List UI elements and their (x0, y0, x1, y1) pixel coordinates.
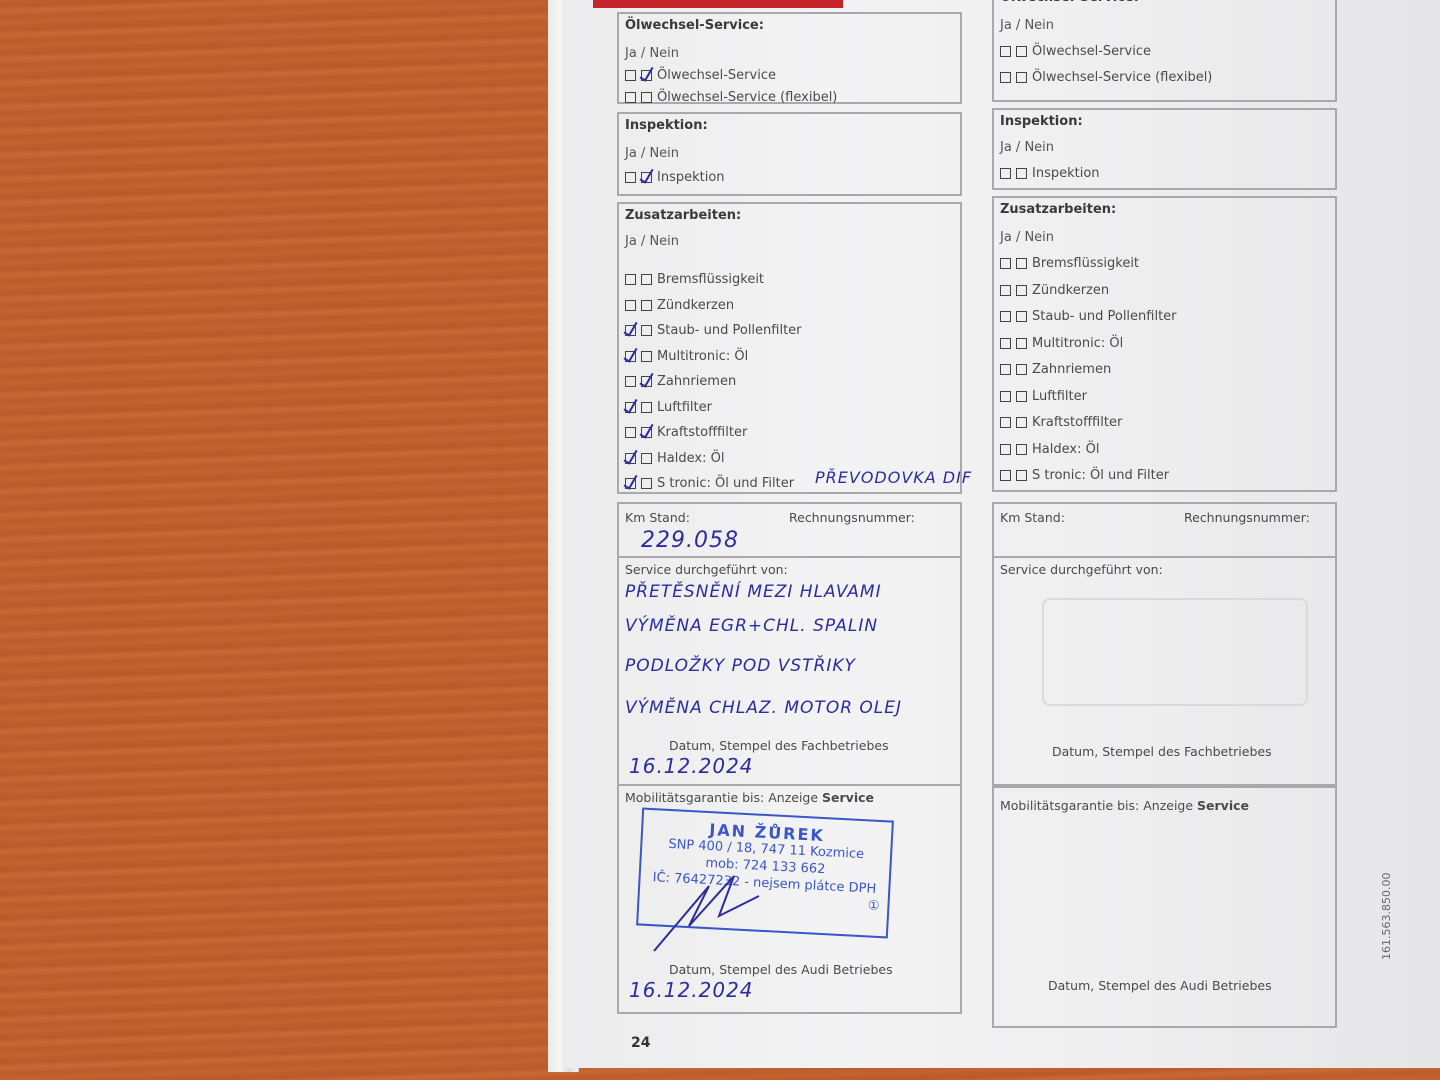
yes-no-label: Ja / Nein (1000, 230, 1054, 245)
ja-checkbox[interactable] (1000, 285, 1011, 296)
item-label: Haldex: Öl (1032, 442, 1099, 457)
service-date: 16.12.2024 (629, 754, 754, 778)
audi-stamp-label: Datum, Stempel des Audi Betriebes (1048, 978, 1272, 993)
item-label: Inspektion (657, 170, 725, 185)
ja-checkbox[interactable] (1000, 168, 1011, 179)
ja-checkbox[interactable] (1000, 364, 1011, 375)
item-label: Zündkerzen (1032, 283, 1109, 298)
km-service-section: Km Stand: Rechnungsnummer: 229.058 Servi… (617, 502, 962, 786)
item-label: Ölwechsel-Service (1032, 44, 1151, 59)
item-label: Multitronic: Öl (657, 349, 748, 364)
divider (994, 556, 1335, 558)
ja-checkbox[interactable] (625, 274, 636, 285)
item-label: S tronic: Öl und Filter (1032, 468, 1169, 483)
section-title: Zusatzarbeiten: (1000, 202, 1116, 217)
part-number-code: 161.563.850.00 (1380, 873, 1393, 960)
ja-checkbox[interactable] (625, 351, 636, 362)
item-label: Ölwechsel-Service (flexibel) (1032, 70, 1212, 85)
item-label: Staub- und Pollenfilter (1032, 309, 1177, 324)
service-note: VÝMĚNA CHLAZ. MOTOR OLEJ (625, 698, 902, 718)
additional-work-section: Zusatzarbeiten: Ja / Nein Bremsflüssigke… (617, 202, 962, 494)
nein-checkbox[interactable] (1016, 338, 1027, 349)
ja-checkbox[interactable] (625, 172, 636, 183)
audi-date: 16.12.2024 (629, 978, 754, 1002)
checkbox-row: Luftfilter (625, 400, 712, 415)
checkbox-row: Multitronic: Öl (625, 349, 748, 364)
ja-checkbox[interactable] (625, 70, 636, 81)
nein-checkbox[interactable] (1016, 470, 1027, 481)
item-label: Staub- und Pollenfilter (657, 323, 802, 338)
nein-checkbox[interactable] (1016, 417, 1027, 428)
nein-checkbox[interactable] (641, 274, 652, 285)
item-label: Bremsflüssigkeit (1032, 256, 1139, 271)
checkbox-row: Kraftstofffilter (1000, 415, 1122, 430)
checkbox-row: Inspektion (1000, 166, 1100, 181)
ja-checkbox[interactable] (1000, 46, 1011, 57)
section-title: Inspektion: (1000, 114, 1083, 129)
item-label: Multitronic: Öl (1032, 336, 1123, 351)
section-title: Ölwechsel-Service: (625, 18, 764, 33)
nein-checkbox[interactable] (641, 427, 652, 438)
nein-checkbox[interactable] (1016, 391, 1027, 402)
yes-no-label: Ja / Nein (625, 46, 679, 61)
checkbox-row: Haldex: Öl (625, 451, 724, 466)
nein-checkbox[interactable] (641, 325, 652, 336)
ja-checkbox[interactable] (1000, 338, 1011, 349)
km-label: Km Stand: (1000, 510, 1065, 525)
item-label: Ölwechsel-Service (flexibel) (657, 90, 837, 105)
invoice-label: Rechnungsnummer: (1184, 510, 1310, 525)
checkbox-row: S tronic: Öl und Filter (625, 476, 794, 491)
ja-checkbox[interactable] (625, 402, 636, 413)
mobility-section: Mobilitätsgarantie bis: Anzeige Service … (617, 784, 962, 1014)
checkbox-row: Staub- und Pollenfilter (1000, 309, 1177, 324)
yes-no-label: Ja / Nein (625, 146, 679, 161)
mobility-label: Mobilitätsgarantie bis: Anzeige Service (1000, 798, 1249, 813)
item-label: Ölwechsel-Service (657, 68, 776, 83)
additional-work-section: Zusatzarbeiten: Ja / Nein Bremsflüssigke… (992, 196, 1337, 492)
checkbox-row: Zahnriemen (625, 374, 736, 389)
item-label: Luftfilter (657, 400, 712, 415)
item-label: Kraftstofffilter (657, 425, 747, 440)
mobility-section: Mobilitätsgarantie bis: Anzeige Service … (992, 786, 1337, 1028)
ja-checkbox[interactable] (1000, 391, 1011, 402)
nein-checkbox[interactable] (641, 92, 652, 103)
ja-checkbox[interactable] (1000, 311, 1011, 322)
checkbox-row: Ölwechsel-Service (625, 68, 776, 83)
service-note: VÝMĚNA EGR+CHL. SPALIN (625, 616, 878, 636)
checkbox-row: Haldex: Öl (1000, 442, 1099, 457)
section-title: Zusatzarbeiten: (625, 208, 741, 223)
checkbox-row: Kraftstofffilter (625, 425, 747, 440)
ja-checkbox[interactable] (625, 427, 636, 438)
checkbox-row: Staub- und Pollenfilter (625, 323, 802, 338)
checkbox-row: Ölwechsel-Service (flexibel) (625, 90, 837, 105)
ja-checkbox[interactable] (1000, 444, 1011, 455)
item-label: Inspektion (1032, 166, 1100, 181)
checkbox-row: Zahnriemen (1000, 362, 1111, 377)
km-service-section: Km Stand: Rechnungsnummer: Service durch… (992, 502, 1337, 786)
nein-checkbox[interactable] (641, 172, 652, 183)
service-by-label: Service durchgeführt von: (625, 562, 788, 577)
item-label: Bremsflüssigkeit (657, 272, 764, 287)
km-label: Km Stand: (625, 510, 690, 525)
item-label: Zahnriemen (1032, 362, 1111, 377)
item-label: Luftfilter (1032, 389, 1087, 404)
faded-stamp-imprint (1042, 598, 1308, 706)
invoice-label: Rechnungsnummer: (789, 510, 915, 525)
section-title: Ölwechsel-Service: (1000, 0, 1139, 5)
nein-checkbox[interactable] (1016, 364, 1027, 375)
item-label: Zahnriemen (657, 374, 736, 389)
divider (619, 556, 960, 558)
checkbox-row: S tronic: Öl und Filter (1000, 468, 1169, 483)
nein-checkbox[interactable] (1016, 72, 1027, 83)
yes-no-label: Ja / Nein (625, 234, 679, 249)
date-stamp-label: Datum, Stempel des Fachbetriebes (1052, 744, 1272, 759)
nein-checkbox[interactable] (1016, 285, 1027, 296)
checkbox-row: Ölwechsel-Service (flexibel) (1000, 70, 1212, 85)
km-value: 229.058 (641, 528, 739, 553)
service-booklet-page: Ölwechsel-Service: Ja / Nein Ölwechsel-S… (565, 0, 1440, 1068)
item-label: S tronic: Öl und Filter (657, 476, 794, 491)
service-by-label: Service durchgeführt von: (1000, 562, 1163, 577)
signature (649, 856, 769, 956)
nein-checkbox[interactable] (641, 376, 652, 387)
ja-checkbox[interactable] (1000, 72, 1011, 83)
yes-no-label: Ja / Nein (1000, 140, 1054, 155)
handwritten-note: PŘEVODOVKA DIF (815, 468, 972, 487)
accent-header-bar (593, 0, 843, 8)
oil-service-section: Ölwechsel-Service: Ja / Nein Ölwechsel-S… (992, 0, 1337, 102)
nein-checkbox[interactable] (1016, 258, 1027, 269)
ja-checkbox[interactable] (1000, 470, 1011, 481)
date-stamp-label: Datum, Stempel des Fachbetriebes (669, 738, 889, 753)
checkbox-row: Inspektion (625, 170, 725, 185)
ja-checkbox[interactable] (625, 376, 636, 387)
ja-checkbox[interactable] (625, 325, 636, 336)
checkbox-row: Multitronic: Öl (1000, 336, 1123, 351)
checkbox-row: Zündkerzen (625, 298, 734, 313)
nein-checkbox[interactable] (641, 402, 652, 413)
ja-checkbox[interactable] (625, 300, 636, 311)
nein-checkbox[interactable] (641, 300, 652, 311)
item-label: Haldex: Öl (657, 451, 724, 466)
yes-no-label: Ja / Nein (1000, 18, 1054, 33)
ja-checkbox[interactable] (625, 478, 636, 489)
inspection-section: Inspektion: Ja / Nein Inspektion (617, 112, 962, 196)
checkbox-row: Luftfilter (1000, 389, 1087, 404)
item-label: Zündkerzen (657, 298, 734, 313)
nein-checkbox[interactable] (1016, 46, 1027, 57)
page-number: 24 (631, 1035, 650, 1051)
inspection-section: Inspektion: Ja / Nein Inspektion (992, 108, 1337, 190)
nein-checkbox[interactable] (1016, 311, 1027, 322)
checkbox-row: Bremsflüssigkeit (1000, 256, 1139, 271)
nein-checkbox[interactable] (641, 453, 652, 464)
ja-checkbox[interactable] (1000, 417, 1011, 428)
checkbox-row: Zündkerzen (1000, 283, 1109, 298)
checkbox-row: Ölwechsel-Service (1000, 44, 1151, 59)
service-note: PŘETĚSNĚNÍ MEZI HLAVAMI (625, 582, 882, 602)
section-title: Inspektion: (625, 118, 708, 133)
nein-checkbox[interactable] (1016, 168, 1027, 179)
ja-checkbox[interactable] (625, 92, 636, 103)
ja-checkbox[interactable] (625, 453, 636, 464)
nein-checkbox[interactable] (641, 70, 652, 81)
audi-stamp-label: Datum, Stempel des Audi Betriebes (669, 962, 893, 977)
oil-service-section: Ölwechsel-Service: Ja / Nein Ölwechsel-S… (617, 12, 962, 104)
checkbox-row: Bremsflüssigkeit (625, 272, 764, 287)
nein-checkbox[interactable] (1016, 444, 1027, 455)
mobility-label: Mobilitätsgarantie bis: Anzeige Service (625, 790, 874, 805)
service-note: PODLOŽKY POD VSTŘIKY (625, 656, 856, 676)
nein-checkbox[interactable] (641, 478, 652, 489)
ja-checkbox[interactable] (1000, 258, 1011, 269)
nein-checkbox[interactable] (641, 351, 652, 362)
item-label: Kraftstofffilter (1032, 415, 1122, 430)
